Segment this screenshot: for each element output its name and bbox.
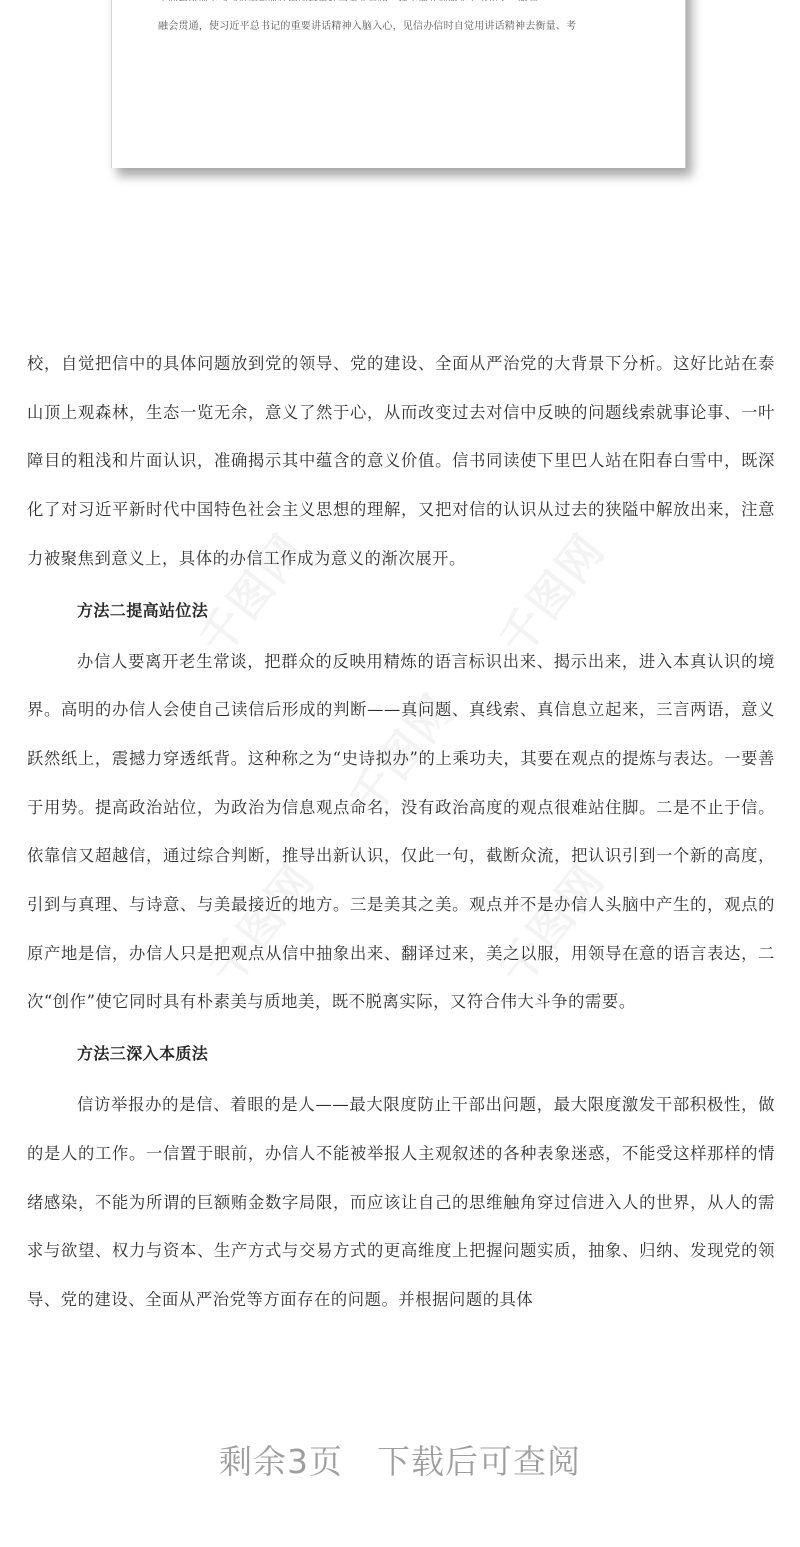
remaining-pages-label: 剩余3页 xyxy=(219,1442,343,1481)
paragraph: 办信人要离开老生常谈，把群众的反映用精炼的语言标识出来、揭示出来，进入本真认识的… xyxy=(27,638,775,1028)
preview-cut-text: 全面系统地学习习近平新时代中国特色社会主义思想，在学懂弄通做实上下功夫，做到 xyxy=(158,0,638,1)
page-preview-card: 全面系统地学习习近平新时代中国特色社会主义思想，在学懂弄通做实上下功夫，做到 融… xyxy=(111,0,686,168)
paragraph: 校，自觉把信中的具体问题放到党的领导、党的建设、全面从严治党的大背景下分析。这好… xyxy=(27,340,775,584)
section-heading: 方法二提高站位法 xyxy=(27,587,775,635)
download-to-view-label[interactable]: 下载后可查阅 xyxy=(377,1442,581,1481)
preview-text-line: 融会贯通，使习近平总书记的重要讲话精神入脑入心，见信办信时自觉用讲话精神去衡量、… xyxy=(158,20,658,34)
document-body: 校，自觉把信中的具体问题放到党的领导、党的建设、全面从严治党的大背景下分析。这好… xyxy=(27,340,775,1325)
remaining-pages-notice[interactable]: 剩余3页下载后可查阅 xyxy=(0,1442,800,1482)
paragraph: 信访举报办的是信、着眼的是人——最大限度防止干部出问题，最大限度激发干部积极性，… xyxy=(27,1081,775,1325)
section-heading: 方法三深入本质法 xyxy=(27,1030,775,1078)
